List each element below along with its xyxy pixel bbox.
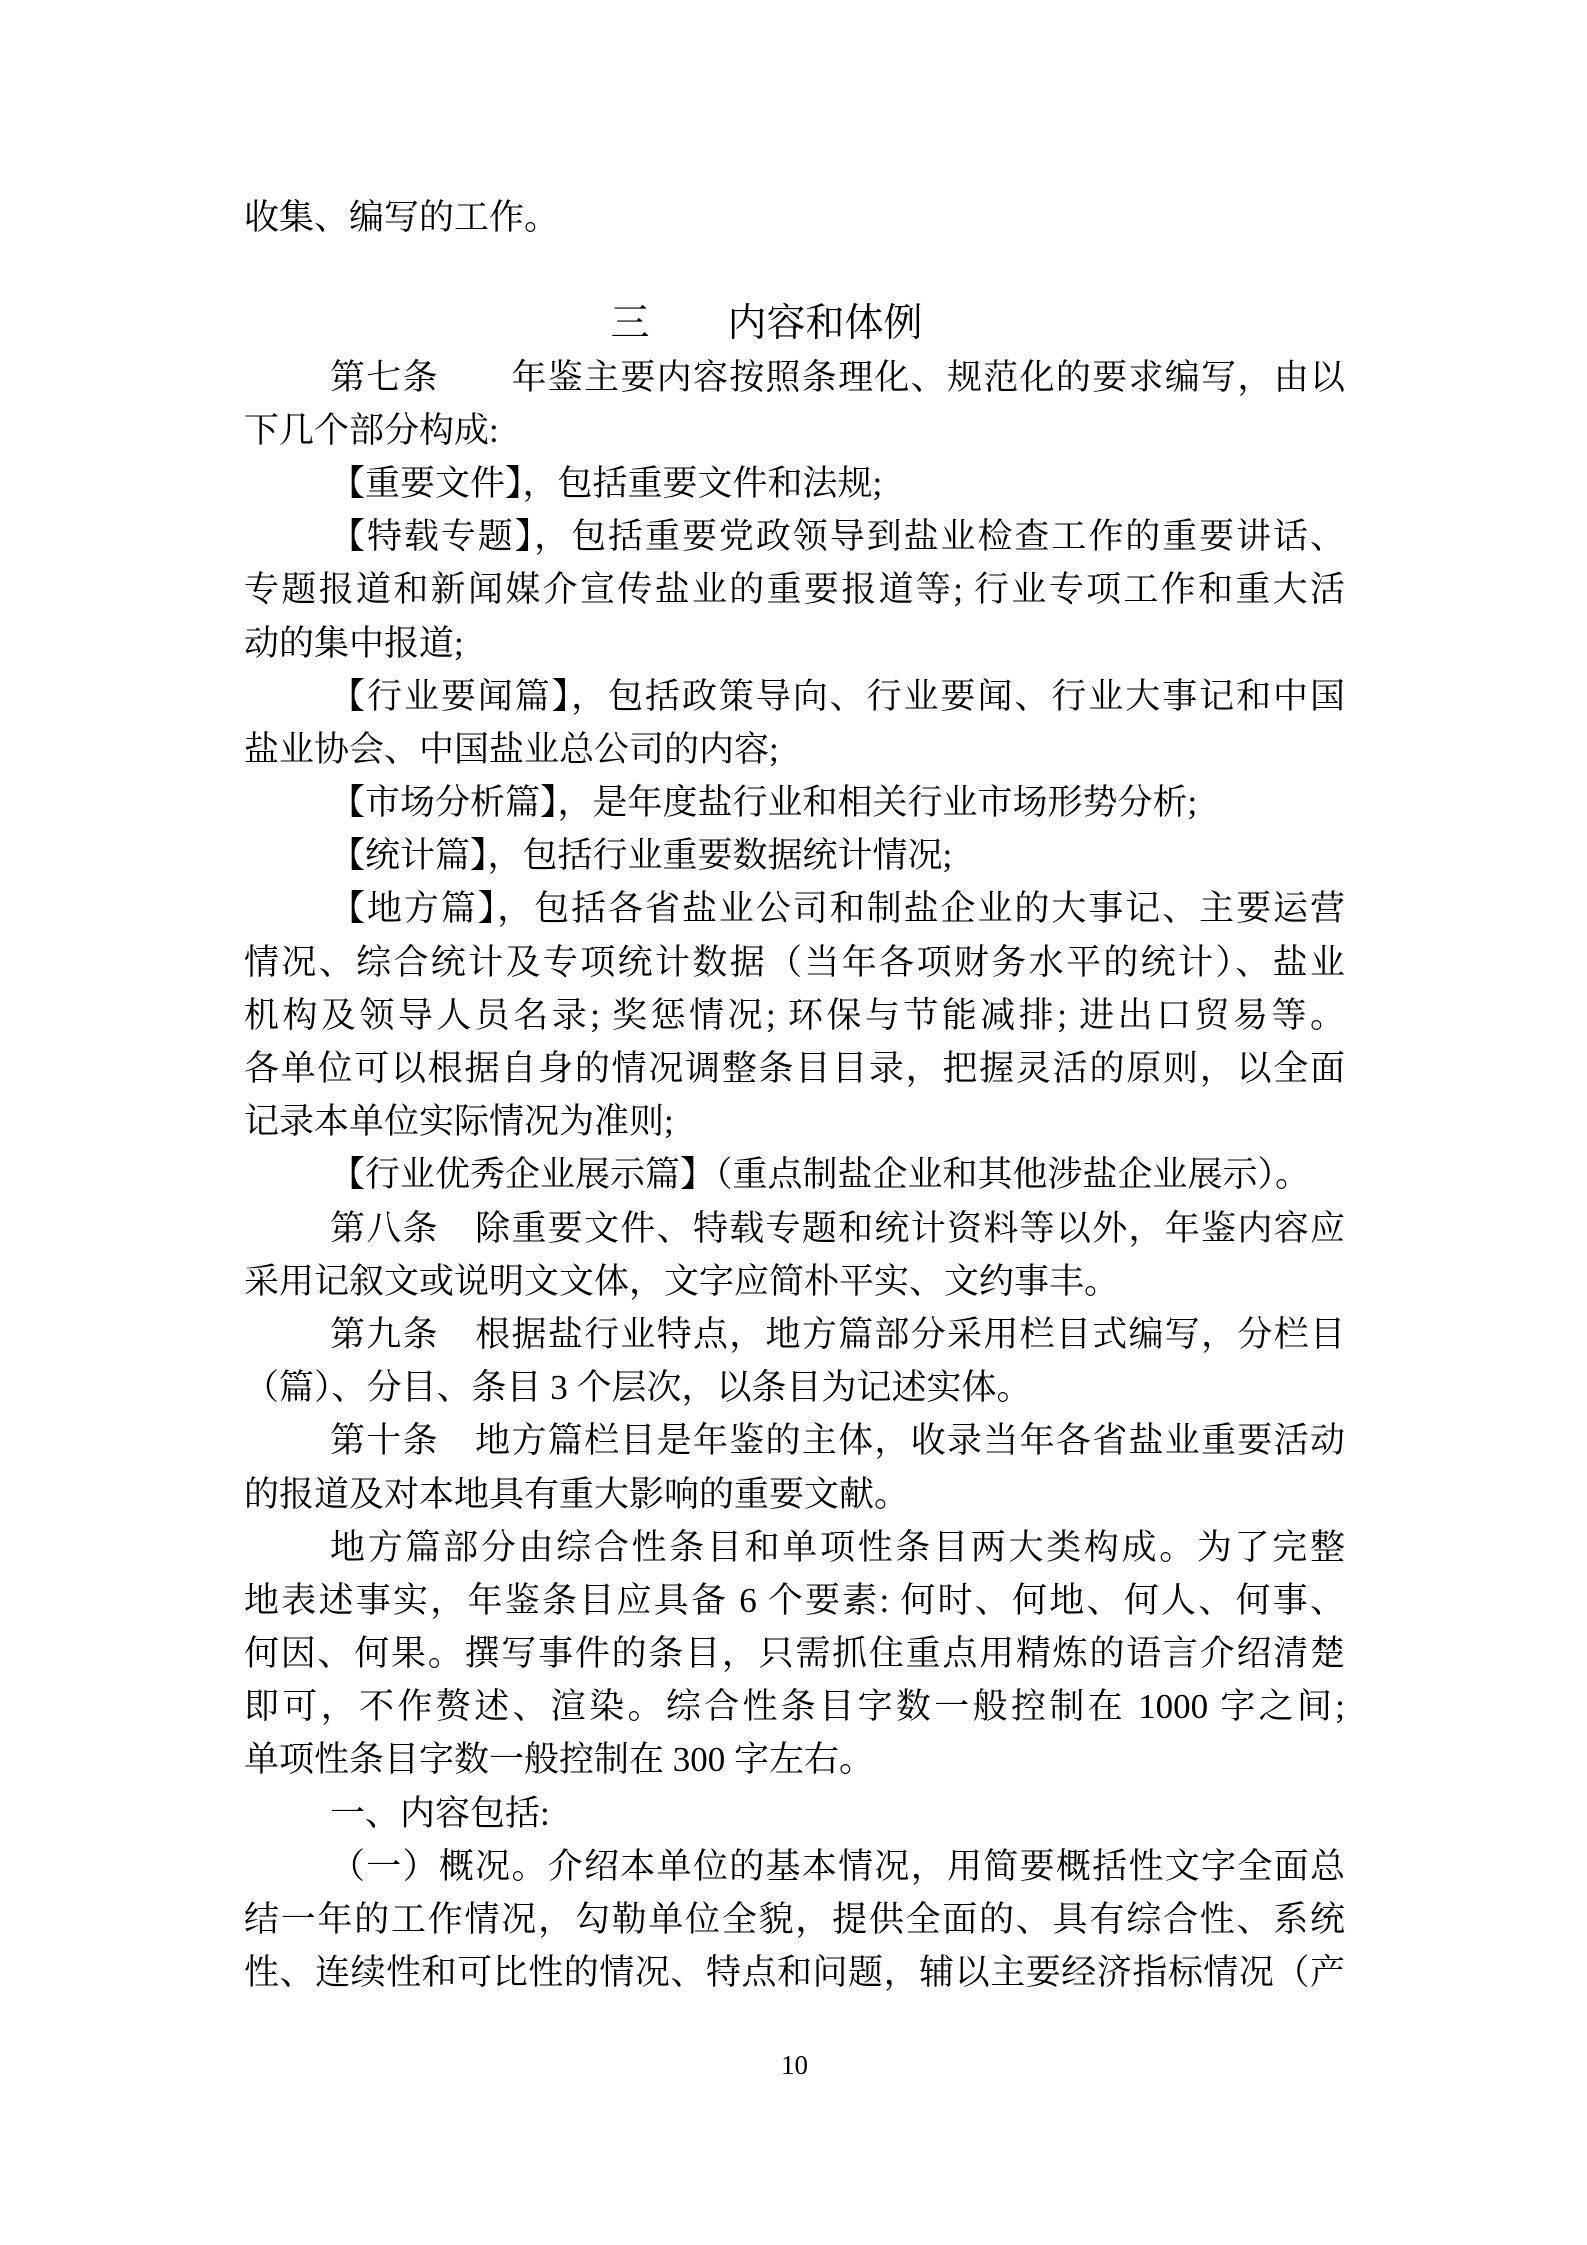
text-line: 地方篇部分由综合性条目和单项性条目两大类构成。为了完整 (244, 1521, 1345, 1574)
text-line: 【地方篇】，包括各省盐业公司和制盐企业的大事记、主要运营 (244, 882, 1345, 935)
document-page: 收集、编写的工作。三 内容和体例第七条 年鉴主要内容按照条理化、规范化的要求编写… (0, 0, 1587, 2245)
text-line: 记录本单位实际情况为准则; (244, 1095, 1345, 1148)
text-line: 性、连续性和可比性的情况、特点和问题，辅以主要经济指标情况（产 (244, 1946, 1345, 1999)
text-line: 第八条 除重要文件、特载专题和统计资料等以外，年鉴内容应 (244, 1202, 1345, 1255)
text-line: 动的集中报道; (244, 617, 1345, 670)
text-line: 情况、综合统计及专项统计数据（当年各项财务水平的统计）、盐业 (244, 936, 1345, 989)
text-line: 即可，不作赘述、渲染。综合性条目字数一般控制在 1000 字之间; (244, 1680, 1345, 1733)
text-line: 地表述事实，年鉴条目应具备 6 个要素: 何时、何地、何人、何事、 (244, 1574, 1345, 1627)
text-line: 【市场分析篇】，是年度盐行业和相关行业市场形势分析; (244, 776, 1345, 829)
text-line: 专题报道和新闻媒介宣传盐业的重要报道等; 行业专项工作和重大活 (244, 563, 1345, 616)
text-line: 采用记叙文或说明文文体，文字应简朴平实、文约事丰。 (244, 1255, 1345, 1308)
text-line: 的报道及对本地具有重大影响的重要文献。 (244, 1468, 1345, 1521)
text-line: 一、内容包括: (244, 1787, 1345, 1840)
text-line: 各单位可以根据自身的情况调整条目目录，把握灵活的原则，以全面 (244, 1042, 1345, 1095)
text-line: 【行业要闻篇】，包括政策导向、行业要闻、行业大事记和中国 (244, 670, 1345, 723)
text-line: 盐业协会、中国盐业总公司的内容; (244, 723, 1345, 776)
text-line: （篇）、分目、条目 3 个层次，以条目为记述实体。 (244, 1361, 1345, 1414)
section-heading: 三 内容和体例 (244, 297, 1345, 350)
text-line: 单项性条目字数一般控制在 300 字左右。 (244, 1733, 1345, 1786)
text-line: 【重要文件】，包括重要文件和法规; (244, 457, 1345, 510)
text-line: 机构及领导人员名录; 奖惩情况; 环保与节能减排; 进出口贸易等。 (244, 989, 1345, 1042)
text-line: 第十条 地方篇栏目是年鉴的主体，收录当年各省盐业重要活动 (244, 1414, 1345, 1467)
text-line: 【行业优秀企业展示篇】（重点制盐企业和其他涉盐企业展示）。 (244, 1148, 1345, 1201)
text-line: 【特载专题】，包括重要党政领导到盐业检查工作的重要讲话、 (244, 510, 1345, 563)
text-line: 收集、编写的工作。 (244, 191, 1345, 244)
text-line: 第七条 年鉴主要内容按照条理化、规范化的要求编写，由以 (244, 351, 1345, 404)
text-block: 收集、编写的工作。三 内容和体例第七条 年鉴主要内容按照条理化、规范化的要求编写… (244, 191, 1345, 1999)
text-line: 何因、何果。撰写事件的条目，只需抓住重点用精炼的语言介绍清楚 (244, 1627, 1345, 1680)
text-line: 下几个部分构成: (244, 404, 1345, 457)
blank-line (244, 244, 1345, 297)
text-line: 第九条 根据盐行业特点，地方篇部分采用栏目式编写，分栏目 (244, 1308, 1345, 1361)
text-line: 【统计篇】，包括行业重要数据统计情况; (244, 829, 1345, 882)
text-line: （一）概况。介绍本单位的基本情况，用简要概括性文字全面总 (244, 1840, 1345, 1893)
page-number: 10 (244, 2040, 1345, 2090)
text-line: 结一年的工作情况，勾勒单位全貌，提供全面的、具有综合性、系统 (244, 1893, 1345, 1946)
